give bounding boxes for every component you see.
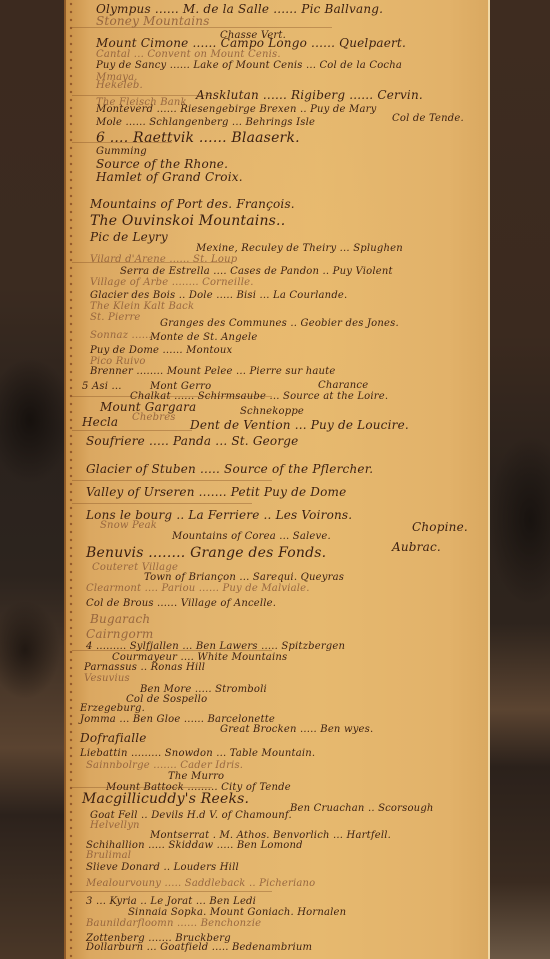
mountain-name-line: Puy de Dome ...... Montoux — [90, 345, 232, 356]
mountain-name-line: Baunildarfloomn ...... Benchonzie — [86, 918, 261, 929]
mountain-name-line: Ben Cruachan .. Scorsough — [290, 803, 434, 814]
mountain-name-line: 3 ... Kyria .. Le Jorat ... Ben Ledi — [86, 896, 256, 907]
mountain-name-line: Sinnaia Sopka. Mount Goniach. Hornalen — [128, 907, 346, 918]
mountain-name-line: Dofrafialle — [80, 731, 147, 745]
mountain-name-line: Dent de Vention ... Puy de Loucire. — [190, 418, 409, 432]
mountain-name-line: Cairngorm — [86, 627, 153, 641]
mountain-name-line: Granges des Communes .. Geobier des Jone… — [160, 318, 399, 329]
mountain-name-line: Glacier of Stuben ..... Source of the Pf… — [86, 462, 373, 476]
mountain-name-line: Serra de Estrella .... Cases de Pandon .… — [120, 266, 393, 277]
mountain-name-line: Macgillicuddy's Reeks. — [82, 791, 249, 807]
mountain-name-line: The Ouvinskoi Mountains.. — [90, 213, 285, 229]
mountain-name-line: 5 Asi ... — [82, 381, 122, 392]
divider-line — [72, 503, 252, 504]
mountain-name-line: Helvellyn — [90, 820, 140, 831]
mountain-name-line: Liebattin ......... Snowdon ... Table Mo… — [80, 748, 315, 759]
mountain-name-line: Brenner ........ Mount Pelee ... Pierre … — [90, 366, 336, 377]
mountain-name-line: Bugarach — [90, 612, 150, 626]
mountain-name-line: Sainnbolrge ....... Cader Idris. — [86, 760, 243, 771]
mountain-name-line: Erzegeburg. — [80, 703, 145, 714]
mountain-name-line: Sonnaz ...... — [90, 330, 152, 341]
mountain-name-line: Col de Tende. — [392, 113, 464, 124]
dark-background-left — [0, 0, 64, 959]
mountain-name-line: Slieve Donard .. Louders Hill — [86, 862, 239, 873]
mountain-name-line: Cantal ... Convent on Mount Cenis. — [96, 49, 281, 60]
mountain-name-line: The Klein Kalt Back — [90, 301, 194, 312]
mountain-name-line: Mexine, Reculey de Theiry ... Splughen — [196, 243, 403, 254]
mountain-name-line: 4 ......... Sylfjallen ... Ben Lawers ..… — [86, 641, 345, 652]
mountain-name-line: Mountains of Port des. François. — [90, 197, 295, 211]
mountain-name-line: Col de Brous ...... Village of Ancelle. — [86, 598, 276, 609]
mountain-name-line: Chebres — [132, 412, 176, 423]
mountain-name-line: Valley of Urseren ....... Petit Puy de D… — [86, 485, 346, 499]
mountain-name-line: Vesuvius — [84, 673, 130, 684]
mountain-name-line: Great Brocken ..... Ben wyes. — [220, 724, 373, 735]
mountain-name-line: Town of Briançon ... Sarequi. Queyras — [144, 572, 344, 583]
mountain-name-line: Hekeleb. — [96, 80, 143, 91]
mountain-name-line: Monteverd ...... Riesengebirge Brexen ..… — [96, 104, 376, 115]
mountain-name-line: Dollarburn ... Goatfield ..... Bedenambr… — [86, 942, 312, 953]
mountain-name-line: St. Pierre — [90, 312, 141, 323]
mountain-name-line: Pic de Leyry — [90, 230, 168, 244]
mountain-name-line: Brulimal — [86, 850, 131, 861]
mountain-name-line: Hecla — [82, 415, 118, 429]
mountain-name-line: Monte de St. Angele — [150, 332, 257, 343]
mountain-name-line: Village of Arbe ........ Corneille. — [90, 277, 254, 288]
divider-line — [72, 891, 272, 892]
divider-line — [72, 430, 192, 431]
divider-line — [72, 95, 212, 96]
mountain-name-line: Gumming — [96, 146, 147, 157]
mountain-name-line: 6 .... Raettvik ...... Blaaserk. — [96, 130, 300, 146]
mountain-name-line: Stoney Mountains — [96, 14, 210, 28]
mountain-name-line: Mountains of Corea ... Saleve. — [172, 531, 331, 542]
mountain-name-line: Clearmont .... Pariou ...... Puy de Malv… — [86, 583, 310, 594]
mountain-name-line: Charance — [318, 380, 368, 391]
mountain-name-line: Glacier des Bois .. Dole ..... Bisi ... … — [90, 290, 347, 301]
mountain-name-line: Aubrac. — [392, 540, 441, 554]
mountain-name-line: Puy de Sancy ...... Lake of Mount Cenis … — [96, 60, 402, 71]
mountain-name-line: Schnekoppe — [240, 406, 304, 417]
mountain-name-line: Mole ...... Schlangenberg ... Behrings I… — [96, 117, 315, 128]
mountain-name-line: Source of the Rhone. — [96, 157, 228, 171]
mountain-name-line: The Murro — [168, 771, 224, 782]
mountain-name-line: Chopine. — [412, 520, 468, 534]
mountain-name-line: Vilard d'Arene ...... St. Loup — [90, 254, 237, 265]
mountain-name-line: Parnassus .. Ronas Hill — [84, 662, 205, 673]
mountain-name-line: Hamlet of Grand Croix. — [96, 170, 243, 184]
mountain-name-line: Snow Peak — [100, 520, 157, 531]
mountain-name-line: Benuvis ........ Grange des Fonds. — [86, 545, 326, 561]
mountain-name-line: Mount Cimone ...... Campo Longo ...... Q… — [96, 36, 406, 50]
mountain-name-line: Ansklutan ...... Rigiberg ...... Cervin. — [196, 88, 423, 102]
mountain-name-line: Soufriere ..... Panda ... St. George — [86, 434, 298, 448]
dark-background-right — [490, 0, 550, 959]
mountain-name-line: Mealourvouny ..... Saddleback .. Picheri… — [86, 878, 315, 889]
divider-line — [72, 480, 272, 481]
